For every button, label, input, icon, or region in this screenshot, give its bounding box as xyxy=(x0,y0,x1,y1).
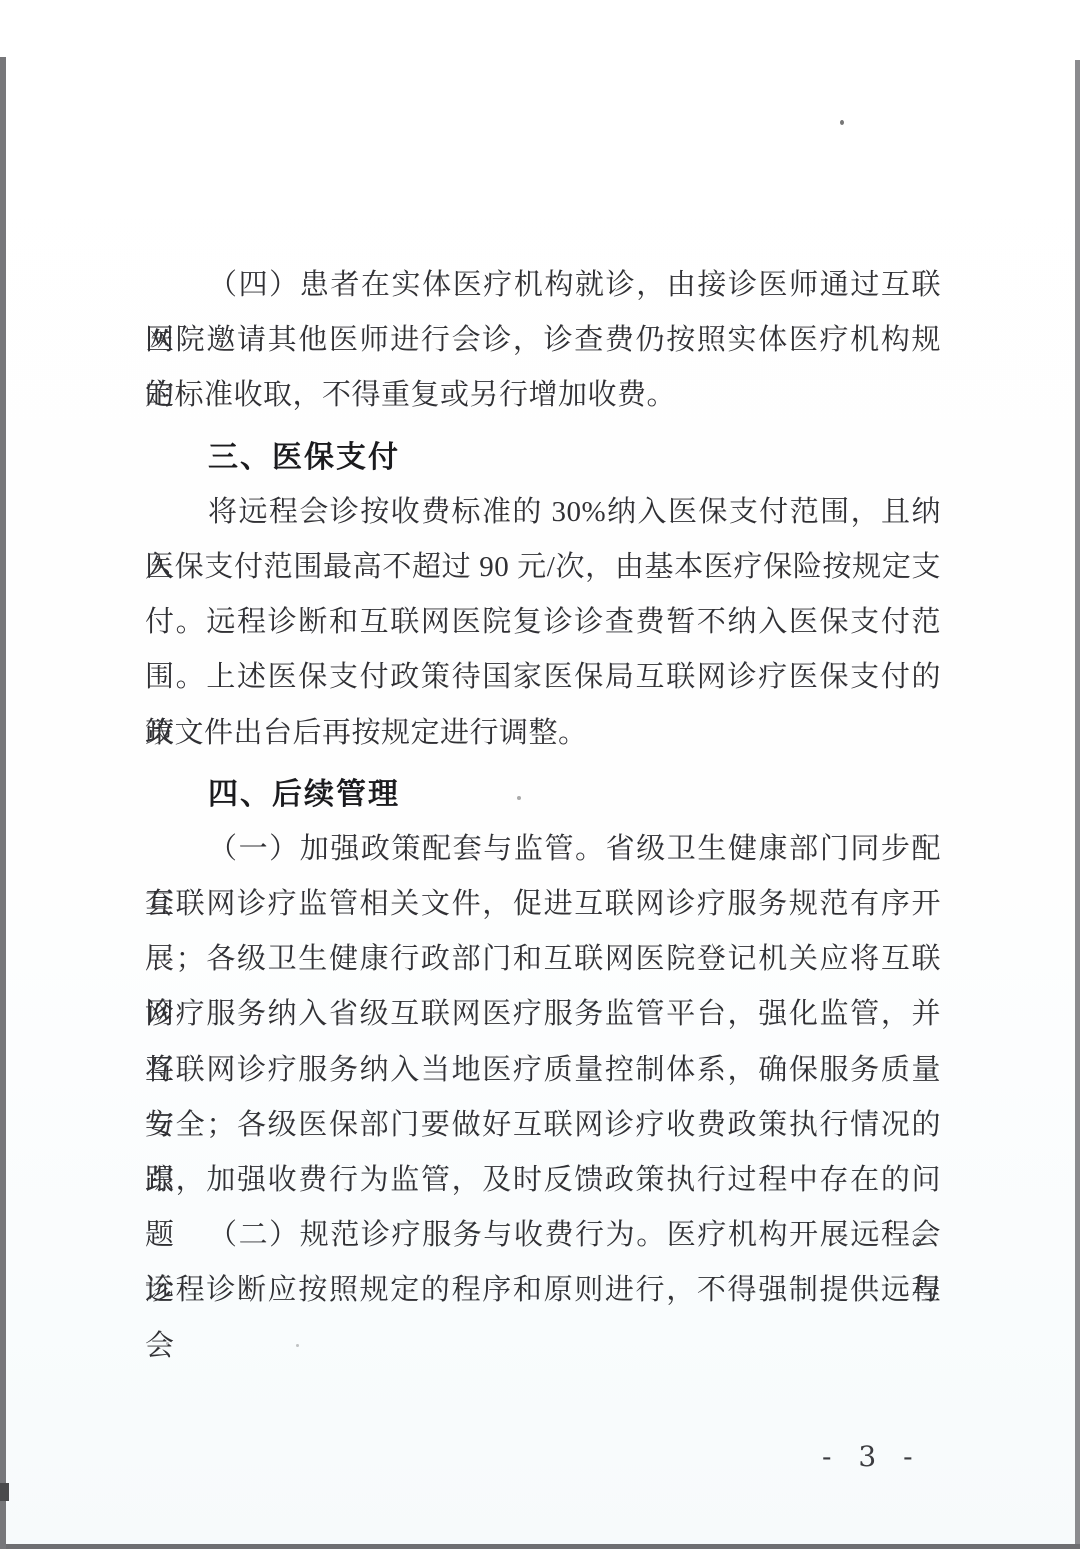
scan-edge-blotch xyxy=(0,1483,9,1501)
section-heading: 三、医保支付 xyxy=(145,430,941,485)
scan-edge-right xyxy=(1075,60,1080,1549)
page-number: - 3 - xyxy=(822,1440,942,1473)
text-line: 医保支付范围最高不超过 90 元/次，由基本医疗保险按规定支 xyxy=(145,540,941,595)
section-heading: 四、后续管理 xyxy=(145,767,941,822)
text-line: 展；各级卫生健康行政部门和互联网医院登记机关应将互联网 xyxy=(145,932,941,987)
scanned-document-page: （四）患者在实体医疗机构就诊，由接诊医师通过互联网医院邀请其他医师进行会诊，诊查… xyxy=(0,0,1080,1549)
text-line: 将远程会诊按收费标准的 30%纳入医保支付范围，且纳入 xyxy=(145,485,941,540)
scan-edge-left xyxy=(0,57,6,1549)
text-line: （二）规范诊疗服务与收费行为。医疗机构开展远程会诊与 xyxy=(145,1208,941,1263)
text-line: 医院邀请其他医师进行会诊，诊查费仍按照实体医疗机构规定 xyxy=(145,313,941,368)
text-line: （四）患者在实体医疗机构就诊，由接诊医师通过互联网 xyxy=(145,258,941,313)
text-line: 互联网诊疗服务纳入当地医疗质量控制体系，确保服务质量与 xyxy=(145,1043,941,1098)
text-column: （四）患者在实体医疗机构就诊，由接诊医师通过互联网医院邀请其他医师进行会诊，诊查… xyxy=(145,258,941,1319)
text-line: 远程诊断应按照规定的程序和原则进行，不得强制提供远程会 xyxy=(145,1263,941,1318)
text-line: 围。上述医保支付政策待国家医保局互联网诊疗医保支付的政 xyxy=(145,650,941,705)
text-line: 策文件出台后再按规定进行调整。 xyxy=(145,706,941,761)
scan-speck xyxy=(296,1344,299,1347)
text-line: 踪，加强收费行为监管，及时反馈政策执行过程中存在的问题。 xyxy=(145,1153,941,1208)
text-line: 安全；各级医保部门要做好互联网诊疗收费政策执行情况的跟 xyxy=(145,1098,941,1153)
text-line: 的标准收取，不得重复或另行增加收费。 xyxy=(145,368,941,423)
text-line: 互联网诊疗监管相关文件，促进互联网诊疗服务规范有序开 xyxy=(145,877,941,932)
text-line: （一）加强政策配套与监管。省级卫生健康部门同步配套 xyxy=(145,822,941,877)
text-line: 诊疗服务纳入省级互联网医疗服务监管平台，强化监管，并将 xyxy=(145,987,941,1042)
text-line: 付。远程诊断和互联网医院复诊诊查费暂不纳入医保支付范 xyxy=(145,595,941,650)
scan-speck xyxy=(840,120,844,125)
scan-edge-bottom xyxy=(6,1544,1080,1549)
